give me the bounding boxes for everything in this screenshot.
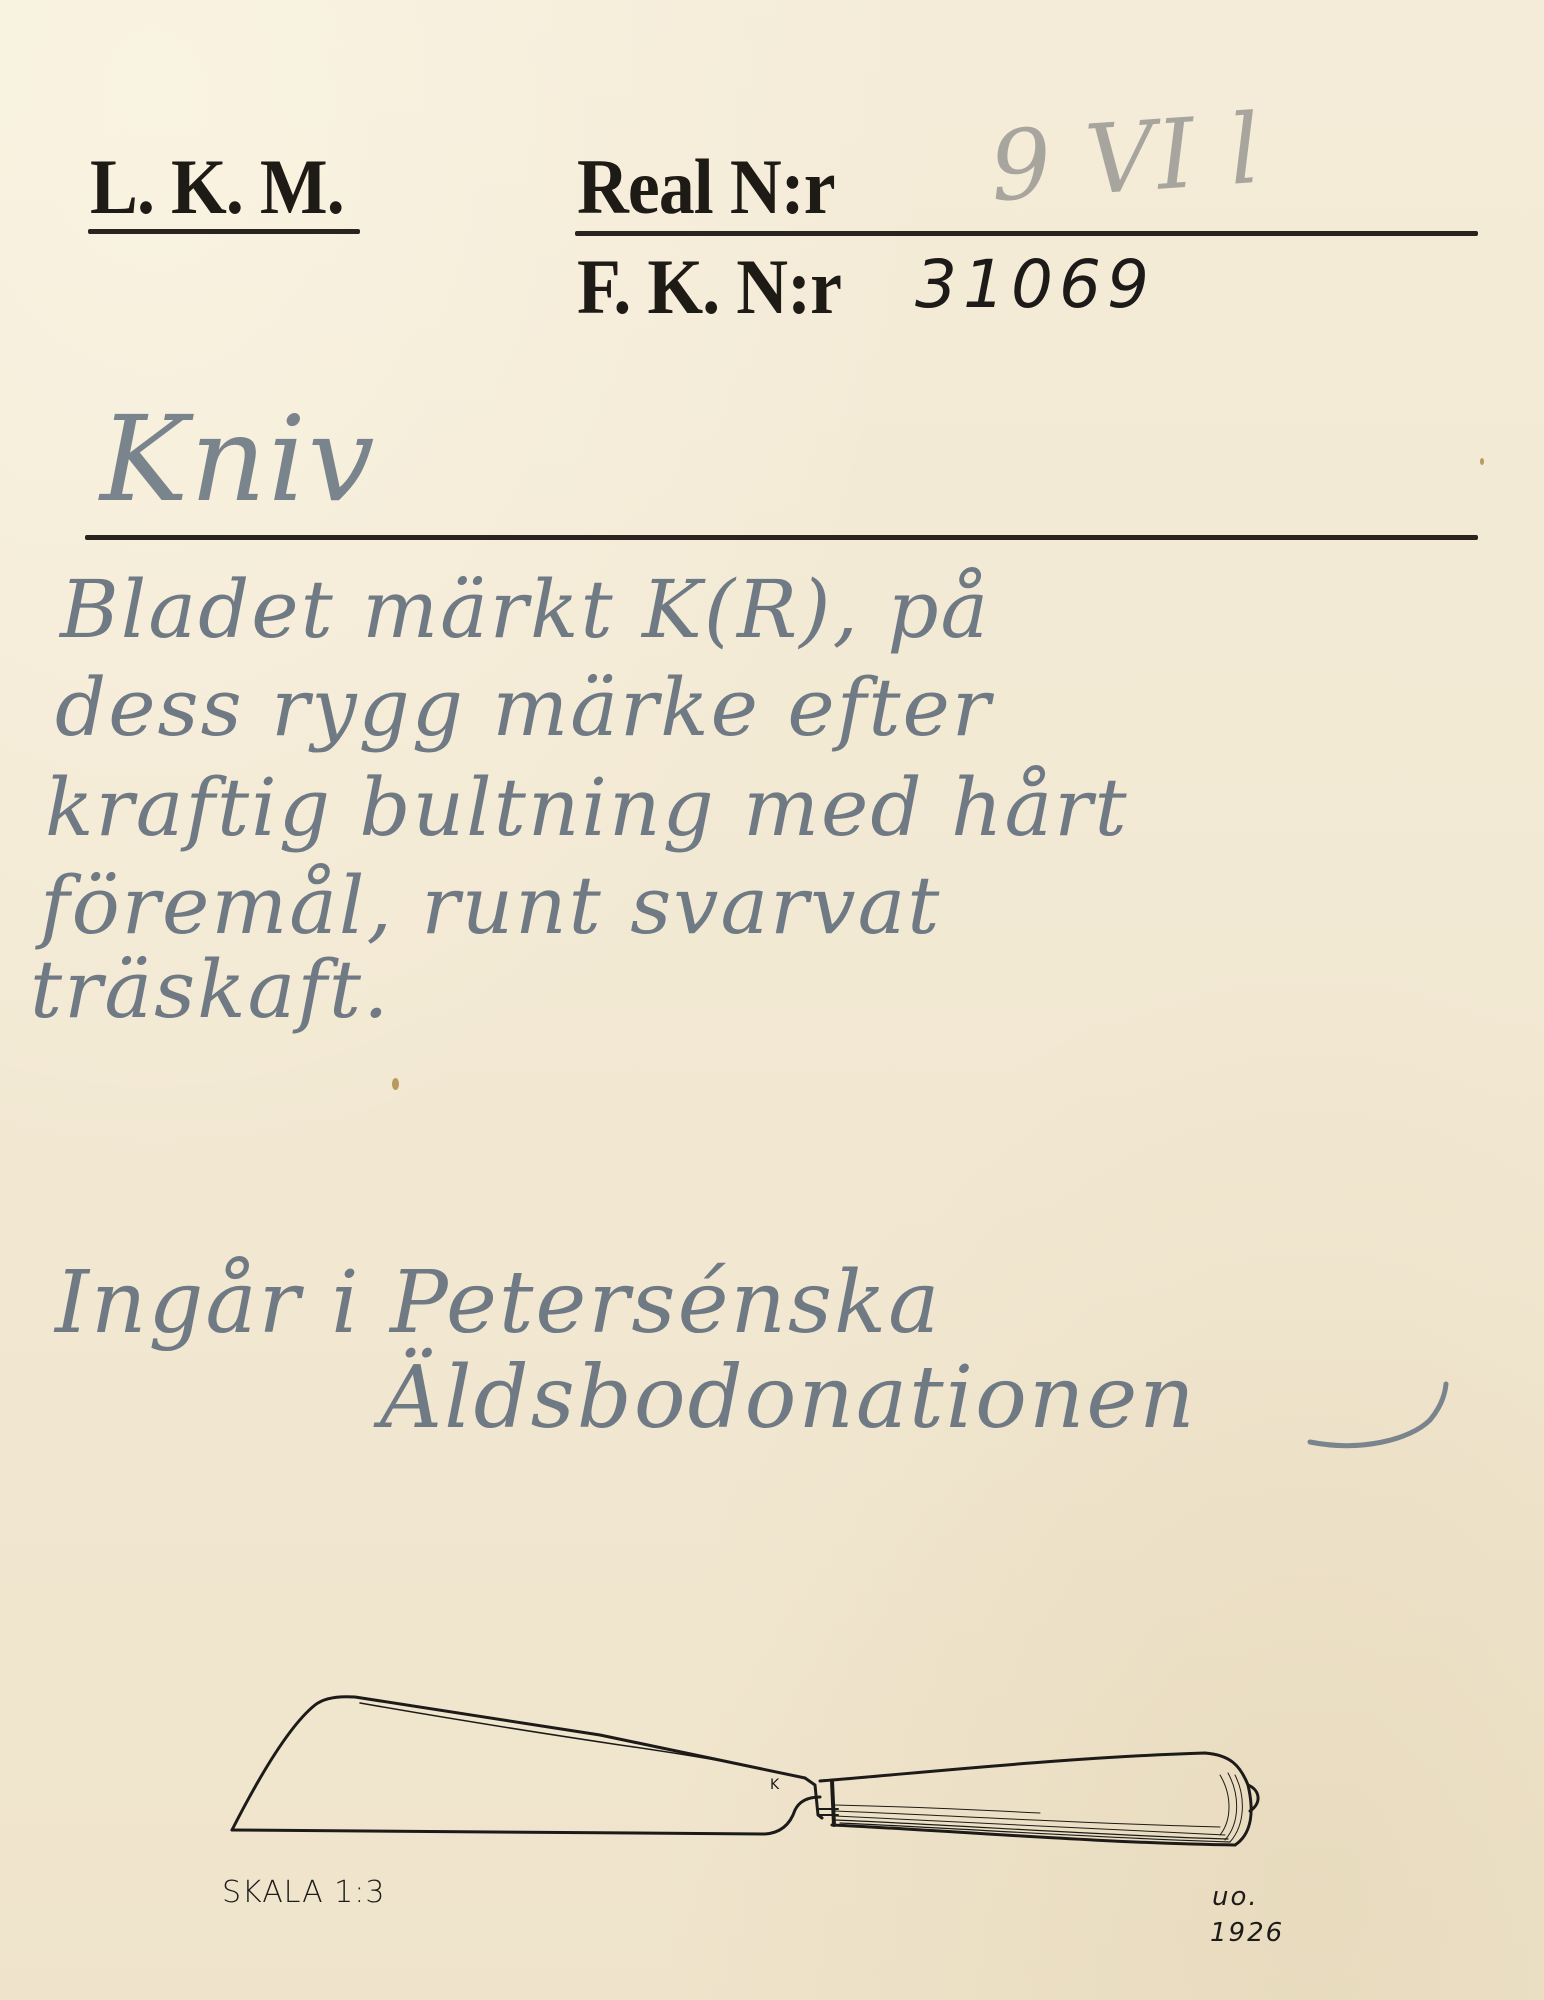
institution-underline [88,229,360,234]
artist-initials: uo. [1212,1884,1259,1910]
paper-speck [392,1078,399,1090]
provenance-line: Äldsbodonationen [380,1355,1197,1441]
paper-speck [1480,458,1484,465]
flourish-underline [1300,1380,1460,1460]
description-line: träskaft. [30,950,391,1030]
description-line: dess rygg märke efter [55,668,992,748]
fk-nr-label: F. K. N:r [577,248,841,326]
knife-illustration: K [220,1685,1280,1885]
description-line: föremål, runt svarvat [40,866,941,946]
real-nr-rule [575,231,1478,236]
real-nr-label: Real N:r [577,148,835,226]
title-rule [85,535,1478,540]
scale-label: SKALA 1:3 [222,1878,385,1908]
real-nr-value: 9 VI l [987,101,1265,216]
institution-abbreviation: L. K. M. [90,148,344,226]
blade-mark: K [770,1777,780,1793]
description-line: Bladet märkt K(R), på [60,570,990,650]
description-line: kraftig bultning med hårt [45,768,1129,848]
object-title: Kniv [100,400,377,518]
provenance-line: Ingår i Petersénska [55,1260,941,1346]
fk-nr-value: 31069 [915,252,1155,318]
drawing-year: 1926 [1210,1920,1284,1946]
